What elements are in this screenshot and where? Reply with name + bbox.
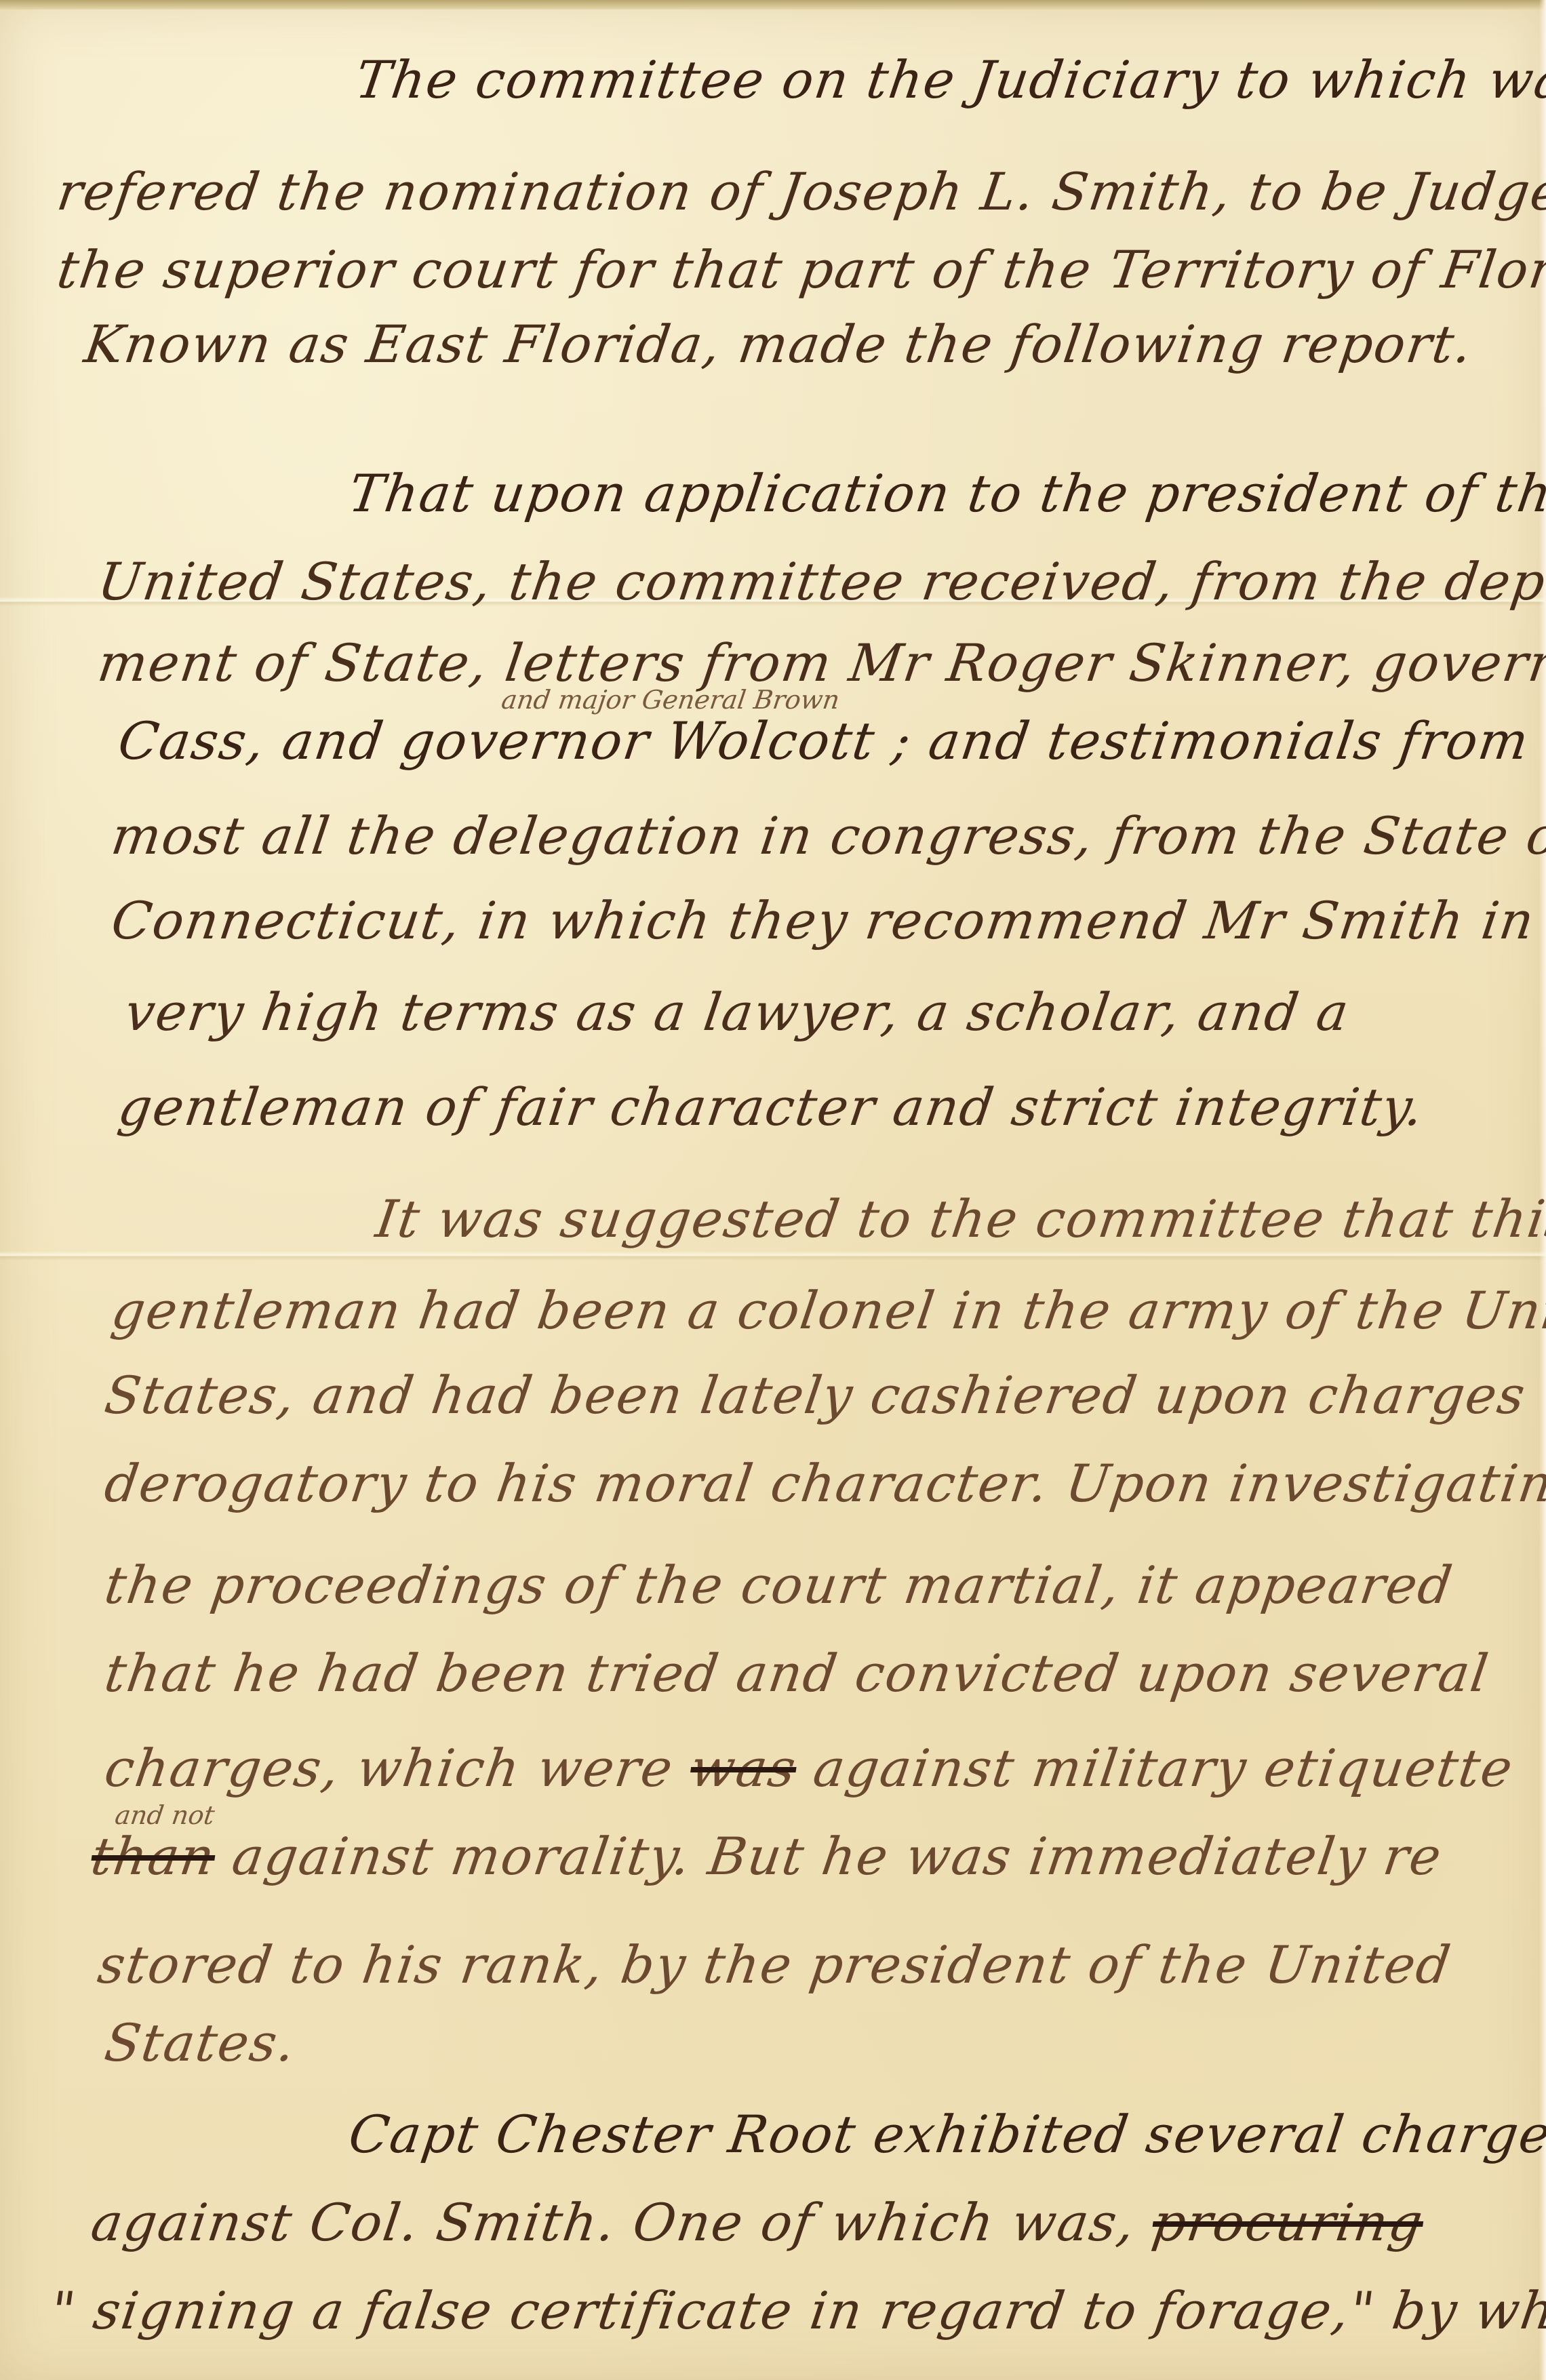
manuscript-page: The committee on the Judiciary to which … [0, 0, 1546, 2380]
text-segment: against military etiquette [792, 1738, 1518, 1798]
text-line: Capt Chester Root exhibited several char… [346, 2109, 1546, 2160]
text-line: very high terms as a lawyer, a scholar, … [122, 987, 1353, 1038]
text-line: gentleman had been a colonel in the army… [108, 1285, 1546, 1336]
text-line: Known as East Florida, made the followin… [81, 319, 1476, 370]
text-line: United States, the committee received, f… [95, 556, 1546, 608]
text-line: refered the nomination of Joseph L. Smit… [54, 166, 1546, 218]
text-segment: charges, which were [101, 1738, 695, 1798]
text-line: States. [102, 2017, 299, 2069]
text-line: That upon application to the president o… [346, 468, 1546, 519]
text-line: that he had been tried and convicted upo… [102, 1648, 1492, 1699]
text-line: It was suggested to the committee that t… [373, 1193, 1546, 1245]
text-line: States, and had been lately cashiered up… [102, 1370, 1529, 1421]
text-line: stored to his rank, by the president of … [95, 1939, 1454, 1991]
struck-word: was [687, 1738, 801, 1798]
text-line: gentleman of fair character and strict i… [115, 1082, 1427, 1133]
struck-word: than [87, 1826, 219, 1886]
text-line: ment of State, letters from Mr Roger Ski… [95, 637, 1546, 689]
text-line: derogatory to his moral character. Upon … [102, 1458, 1546, 1509]
handwritten-text: The committee on the Judiciary to which … [0, 0, 1546, 2380]
text-segment: against Col. Smith. One of which was, [87, 2192, 1157, 2253]
text-line: the proceedings of the court martial, it… [102, 1560, 1456, 1611]
text-line: charges, which were was against military… [102, 1743, 1517, 1794]
text-segment: against morality. But he was immediately… [211, 1826, 1446, 1886]
text-line: Connecticut, in which they recommend Mr … [108, 895, 1538, 947]
text-line: The committee on the Judiciary to which … [353, 54, 1546, 106]
text-line: than against morality. But he was immedi… [88, 1831, 1446, 1882]
text-line: Cass, and governor Wolcott ; and testimo… [115, 715, 1546, 767]
text-line: against Col. Smith. One of which was, pr… [88, 2197, 1427, 2248]
text-line: " signing a false certificate in regard … [47, 2285, 1546, 2337]
struck-word: procuring [1149, 2192, 1427, 2253]
text-line: the superior court for that part of the … [54, 244, 1546, 296]
text-line: most all the delegation in congress, fro… [108, 810, 1546, 862]
